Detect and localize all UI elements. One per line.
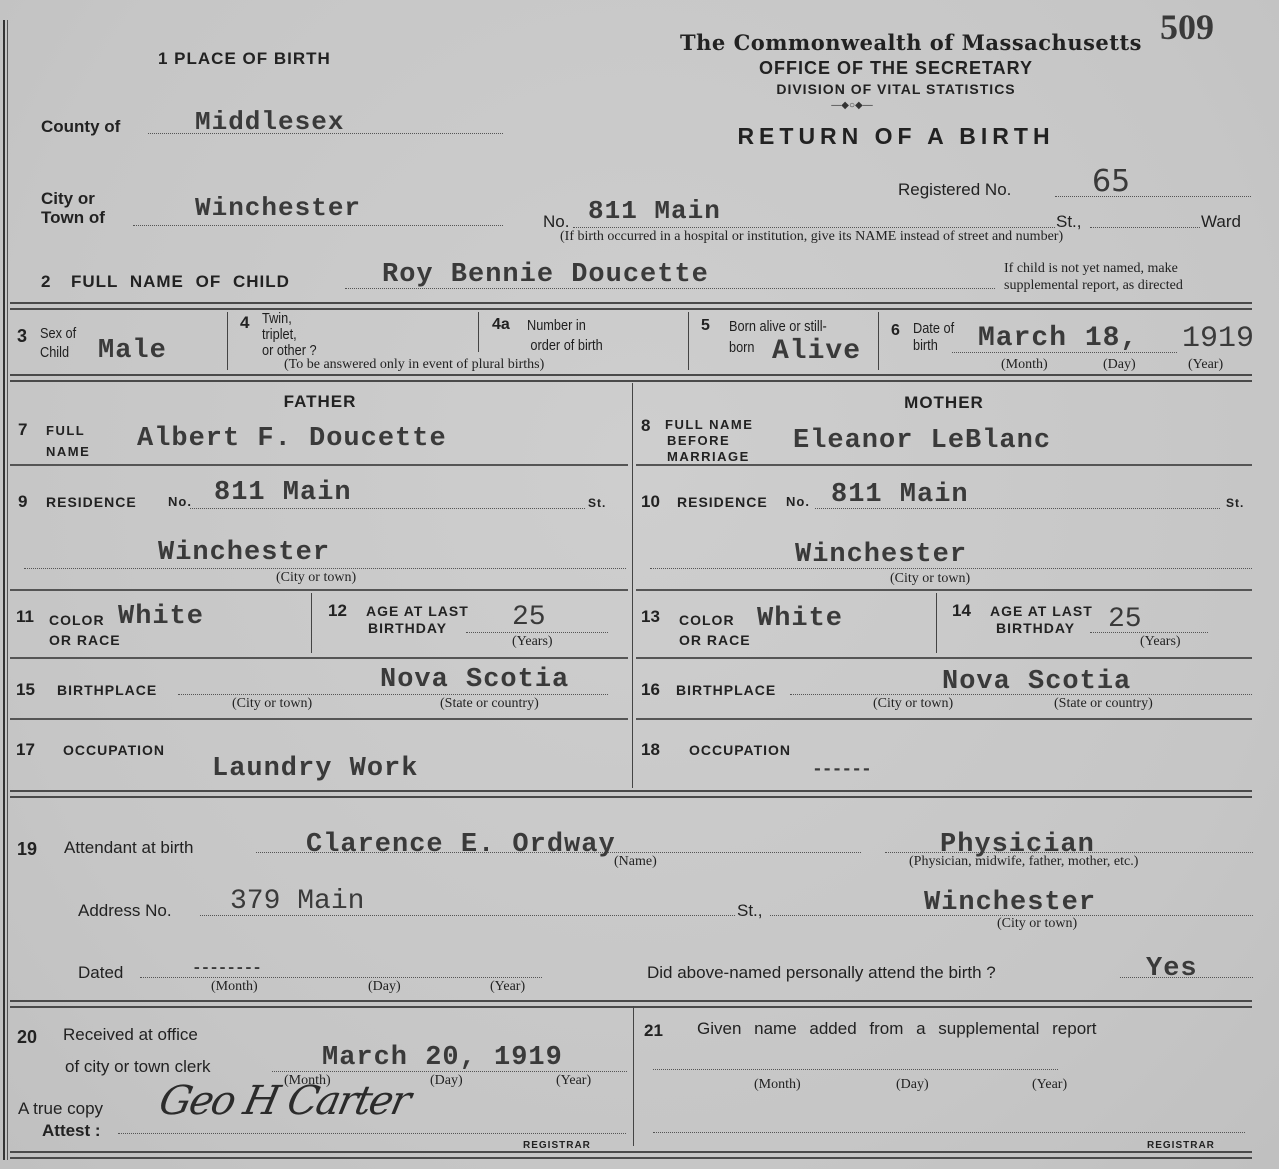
registrar-label-left: REGISTRAR xyxy=(523,1140,591,1151)
mother-age-num: 14 xyxy=(952,601,971,621)
dated-caption-day: (Day) xyxy=(368,979,401,995)
father-age-caption: (Years) xyxy=(512,634,553,650)
father-name-label-line2: NAME xyxy=(46,441,90,462)
city-label: City or Town of xyxy=(41,189,105,227)
order-label-line2: order of birth xyxy=(527,336,603,356)
alive-label-line1: Born alive or still- xyxy=(729,316,827,337)
birth-record-page: 509 The Commonwealth of Massachusetts OF… xyxy=(0,0,1279,1169)
parents-center-divider xyxy=(632,383,633,788)
mother-bp-caption-state: (State or country) xyxy=(1054,696,1153,712)
father-name-num: 7 xyxy=(18,420,27,440)
father-age-num: 12 xyxy=(328,601,347,621)
alive-value[interactable]: Alive xyxy=(772,336,861,367)
divider-attendant-top xyxy=(10,790,1252,798)
mother-res-city[interactable]: Winchester xyxy=(795,540,967,570)
father-color-num: 11 xyxy=(16,607,34,627)
dated-caption-month: (Month) xyxy=(211,979,258,995)
place-of-birth-label: 1 PLACE OF BIRTH xyxy=(158,49,331,69)
order-label: Number in order of birth xyxy=(527,316,603,356)
received-date-value[interactable]: March 20, 1919 xyxy=(322,1043,563,1073)
mother-color-divider xyxy=(936,593,937,653)
dob-label-line1: Date of xyxy=(913,320,954,337)
father-city-line xyxy=(24,568,626,569)
child-name-num: 2 xyxy=(41,272,50,292)
father-color-label-line2: OR RACE xyxy=(49,630,121,650)
mother-heading: MOTHER xyxy=(634,393,1254,413)
attendant-role-caption: (Physician, midwife, father, mother, etc… xyxy=(909,854,1138,870)
father-bp-caption-city: (City or town) xyxy=(232,696,312,712)
divider-received-top xyxy=(10,1000,1252,1008)
twin-label-line1: Twin, xyxy=(262,311,317,327)
registrar-label-right: REGISTRAR xyxy=(1147,1140,1215,1151)
received-caption-day: (Day) xyxy=(430,1073,463,1089)
father-res-num: 9 xyxy=(18,492,27,512)
father-age-label-line2: BIRTHDAY xyxy=(366,620,469,637)
county-value[interactable]: Middlesex xyxy=(195,107,344,137)
father-res-st-label: St. xyxy=(588,496,606,510)
mother-color-num: 13 xyxy=(641,607,660,627)
child-name-label: FULL NAME OF CHILD xyxy=(71,272,290,292)
divider-row3-bottom xyxy=(10,374,1252,382)
address-city-caption: (City or town) xyxy=(997,916,1077,932)
father-bp-value[interactable]: Nova Scotia xyxy=(380,665,569,695)
registrar-signature: Geo H Carter xyxy=(155,1078,413,1124)
dated-value[interactable]: -------- xyxy=(192,959,261,977)
mother-occ-value[interactable]: ------ xyxy=(812,760,871,780)
mother-name-label: FULL NAME BEFORE MARRIAGE xyxy=(665,417,753,465)
mother-color-label-line2: OR RACE xyxy=(679,630,751,650)
mother-bp-label: BIRTHPLACE xyxy=(676,682,776,698)
received-label-line2: of city or town clerk xyxy=(65,1057,211,1077)
alive-num: 5 xyxy=(701,317,710,335)
supplemental-caption-year: (Year) xyxy=(1032,1077,1067,1093)
mother-occ-label: OCCUPATION xyxy=(689,742,791,758)
father-res-line xyxy=(190,508,585,509)
attend-value[interactable]: Yes xyxy=(1146,954,1198,984)
sex-label-line2: Child xyxy=(40,343,76,362)
father-name-value[interactable]: Albert F. Doucette xyxy=(137,424,447,454)
mother-res-st-label: St. xyxy=(1226,496,1244,510)
order-label-line1: Number in xyxy=(527,316,603,336)
mother-occ-num: 18 xyxy=(641,740,660,760)
attest-line xyxy=(118,1133,626,1134)
mother-res-street[interactable]: 811 Main xyxy=(831,480,969,510)
mother-age-caption: (Years) xyxy=(1140,634,1181,650)
father-bp-label: BIRTHPLACE xyxy=(57,682,157,698)
father-res-no-label: No. xyxy=(168,494,192,509)
mother-age-label-line2: BIRTHDAY xyxy=(990,620,1093,637)
dob-label-line2: birth xyxy=(913,337,954,354)
received-num: 20 xyxy=(17,1027,37,1048)
mother-color-rule xyxy=(636,657,1252,659)
header-commonwealth: The Commonwealth of Massachusetts xyxy=(680,30,1112,55)
mother-name-rule xyxy=(636,464,1252,466)
mother-bp-num: 16 xyxy=(641,680,660,700)
sex-label: Sex of Child xyxy=(40,324,76,362)
mother-res-num: 10 xyxy=(641,492,660,512)
father-heading: FATHER xyxy=(10,392,630,412)
father-color-value[interactable]: White xyxy=(118,602,204,632)
mother-name-label-line3: MARRIAGE xyxy=(665,449,753,465)
dated-line xyxy=(140,977,542,978)
attendant-num: 19 xyxy=(17,839,37,860)
dob-caption-day: (Day) xyxy=(1103,357,1136,373)
address-value[interactable]: 379 Main xyxy=(230,886,364,917)
father-res-city[interactable]: Winchester xyxy=(158,538,330,568)
attend-question: Did above-named personally attend the bi… xyxy=(647,963,996,983)
father-occ-label: OCCUPATION xyxy=(63,742,165,758)
order-divider xyxy=(688,312,689,370)
father-color-rule xyxy=(10,657,628,659)
twin-divider xyxy=(478,312,479,352)
father-color-label: COLOR OR RACE xyxy=(49,610,121,650)
twin-num: 4 xyxy=(240,313,249,333)
mother-res-rule xyxy=(636,589,1252,591)
mother-age-label: AGE AT LAST BIRTHDAY xyxy=(990,603,1093,637)
received-label-line1: Received at office xyxy=(63,1025,198,1045)
received-caption-year: (Year) xyxy=(556,1073,591,1089)
mother-res-no-label: No. xyxy=(786,494,810,509)
attest-label: Attest : xyxy=(42,1121,101,1141)
mother-color-value[interactable]: White xyxy=(757,604,843,634)
mother-bp-caption-city: (City or town) xyxy=(873,696,953,712)
ward-label: Ward xyxy=(1201,212,1241,232)
city-value[interactable]: Winchester xyxy=(195,193,361,223)
registered-line xyxy=(1055,196,1251,197)
father-color-label-line1: COLOR xyxy=(49,610,121,630)
address-label: Address No. xyxy=(78,901,172,921)
dob-caption-year: (Year) xyxy=(1188,357,1223,373)
dated-caption-year: (Year) xyxy=(490,979,525,995)
divider-bottom xyxy=(10,1151,1252,1159)
divider-row3-top xyxy=(10,302,1252,310)
dob-caption-month: (Month) xyxy=(1001,357,1048,373)
mother-name-num: 8 xyxy=(641,416,650,436)
ward-line xyxy=(1090,227,1200,228)
address-st-label: St., xyxy=(737,901,763,921)
father-bp-caption-state: (State or country) xyxy=(440,696,539,712)
true-copy-label: A true copy xyxy=(18,1099,103,1119)
header-division: DIVISION OF VITAL STATISTICS xyxy=(680,81,1112,97)
mother-city-caption: (City or town) xyxy=(890,571,970,587)
street-line xyxy=(573,227,1055,228)
alive-divider xyxy=(878,312,879,370)
twin-note: (To be answered only in event of plural … xyxy=(284,357,544,373)
child-name-note-line2: supplemental report, as directed xyxy=(1004,277,1183,294)
dob-year[interactable]: 1919 xyxy=(1182,322,1254,356)
address-city-value[interactable]: Winchester xyxy=(924,888,1096,918)
hospital-note: (If birth occurred in a hospital or inst… xyxy=(560,229,1063,245)
supplemental-registrar-line xyxy=(653,1132,1245,1133)
mother-name-label-line1: FULL NAME xyxy=(665,417,753,433)
father-name-label: FULL NAME xyxy=(46,420,90,462)
page-number: 509 xyxy=(1160,6,1214,48)
header-office: OFFICE OF THE SECRETARY xyxy=(680,58,1112,79)
father-bp-num: 15 xyxy=(16,680,35,700)
father-occ-num: 17 xyxy=(16,740,35,760)
street-value[interactable]: 811 Main xyxy=(588,196,721,226)
city-label-line1: City or xyxy=(41,189,105,208)
attendant-label: Attendant at birth xyxy=(64,838,193,858)
city-line xyxy=(133,225,503,226)
child-name-note-line1: If child is not yet named, make xyxy=(1004,260,1183,277)
registered-label: Registered No. xyxy=(898,180,1011,200)
sex-label-line1: Sex of xyxy=(40,324,76,343)
left-border-inner xyxy=(7,20,8,1160)
mother-res-label: RESIDENCE xyxy=(677,494,768,510)
dob-num: 6 xyxy=(891,322,900,340)
registered-value[interactable]: 65 xyxy=(1092,164,1130,199)
sex-divider xyxy=(227,312,228,370)
father-occ-value[interactable]: Laundry Work xyxy=(212,754,418,784)
mother-age-label-line1: AGE AT LAST xyxy=(990,603,1093,620)
left-border xyxy=(3,20,5,1160)
sex-value[interactable]: Male xyxy=(98,336,167,366)
father-name-rule xyxy=(10,464,628,466)
mother-name-label-line2: BEFORE xyxy=(665,433,753,449)
mother-color-label: COLOR OR RACE xyxy=(679,610,751,650)
form-title: RETURN OF A BIRTH xyxy=(680,123,1112,150)
mother-name-value[interactable]: Eleanor LeBlanc xyxy=(793,426,1051,456)
father-bp-rule xyxy=(10,718,628,720)
received-center-divider xyxy=(633,1006,634,1146)
attendant-name-value[interactable]: Clarence E. Ordway xyxy=(306,830,616,860)
father-color-divider xyxy=(311,593,312,653)
city-label-line2: Town of xyxy=(41,208,105,227)
supplemental-label: Given name added from a supplemental rep… xyxy=(697,1019,1097,1039)
attendant-name-caption: (Name) xyxy=(614,854,657,870)
mother-bp-value[interactable]: Nova Scotia xyxy=(942,667,1131,697)
county-label: County of xyxy=(41,117,120,137)
father-name-label-line1: FULL xyxy=(46,420,90,441)
mother-age-value[interactable]: 25 xyxy=(1108,604,1142,635)
mother-bp-rule xyxy=(636,718,1252,720)
father-res-label: RESIDENCE xyxy=(46,494,137,510)
child-name-value[interactable]: Roy Bennie Doucette xyxy=(382,260,709,290)
father-age-label-line1: AGE AT LAST xyxy=(366,603,469,620)
supplemental-caption-month: (Month) xyxy=(754,1077,801,1093)
child-name-note: If child is not yet named, make suppleme… xyxy=(1004,260,1183,294)
dob-label: Date of birth xyxy=(913,320,954,354)
twin-label: Twin, triplet, or other ? xyxy=(262,311,317,359)
supplemental-date-line xyxy=(653,1069,1058,1070)
father-res-rule xyxy=(10,589,628,591)
supplemental-caption-day: (Day) xyxy=(896,1077,929,1093)
father-city-caption: (City or town) xyxy=(276,570,356,586)
header-ornament: —◆○◆— xyxy=(782,100,922,111)
twin-label-line2: triplet, xyxy=(262,327,317,343)
father-age-label: AGE AT LAST BIRTHDAY xyxy=(366,603,469,637)
father-age-value[interactable]: 25 xyxy=(512,602,546,633)
supplemental-num: 21 xyxy=(644,1021,663,1041)
dated-label: Dated xyxy=(78,963,123,983)
sex-num: 3 xyxy=(17,326,27,347)
order-num: 4a xyxy=(492,316,510,334)
father-res-street[interactable]: 811 Main xyxy=(214,478,352,508)
mother-color-label-line1: COLOR xyxy=(679,610,751,630)
dob-month-day[interactable]: March 18, xyxy=(978,323,1138,354)
